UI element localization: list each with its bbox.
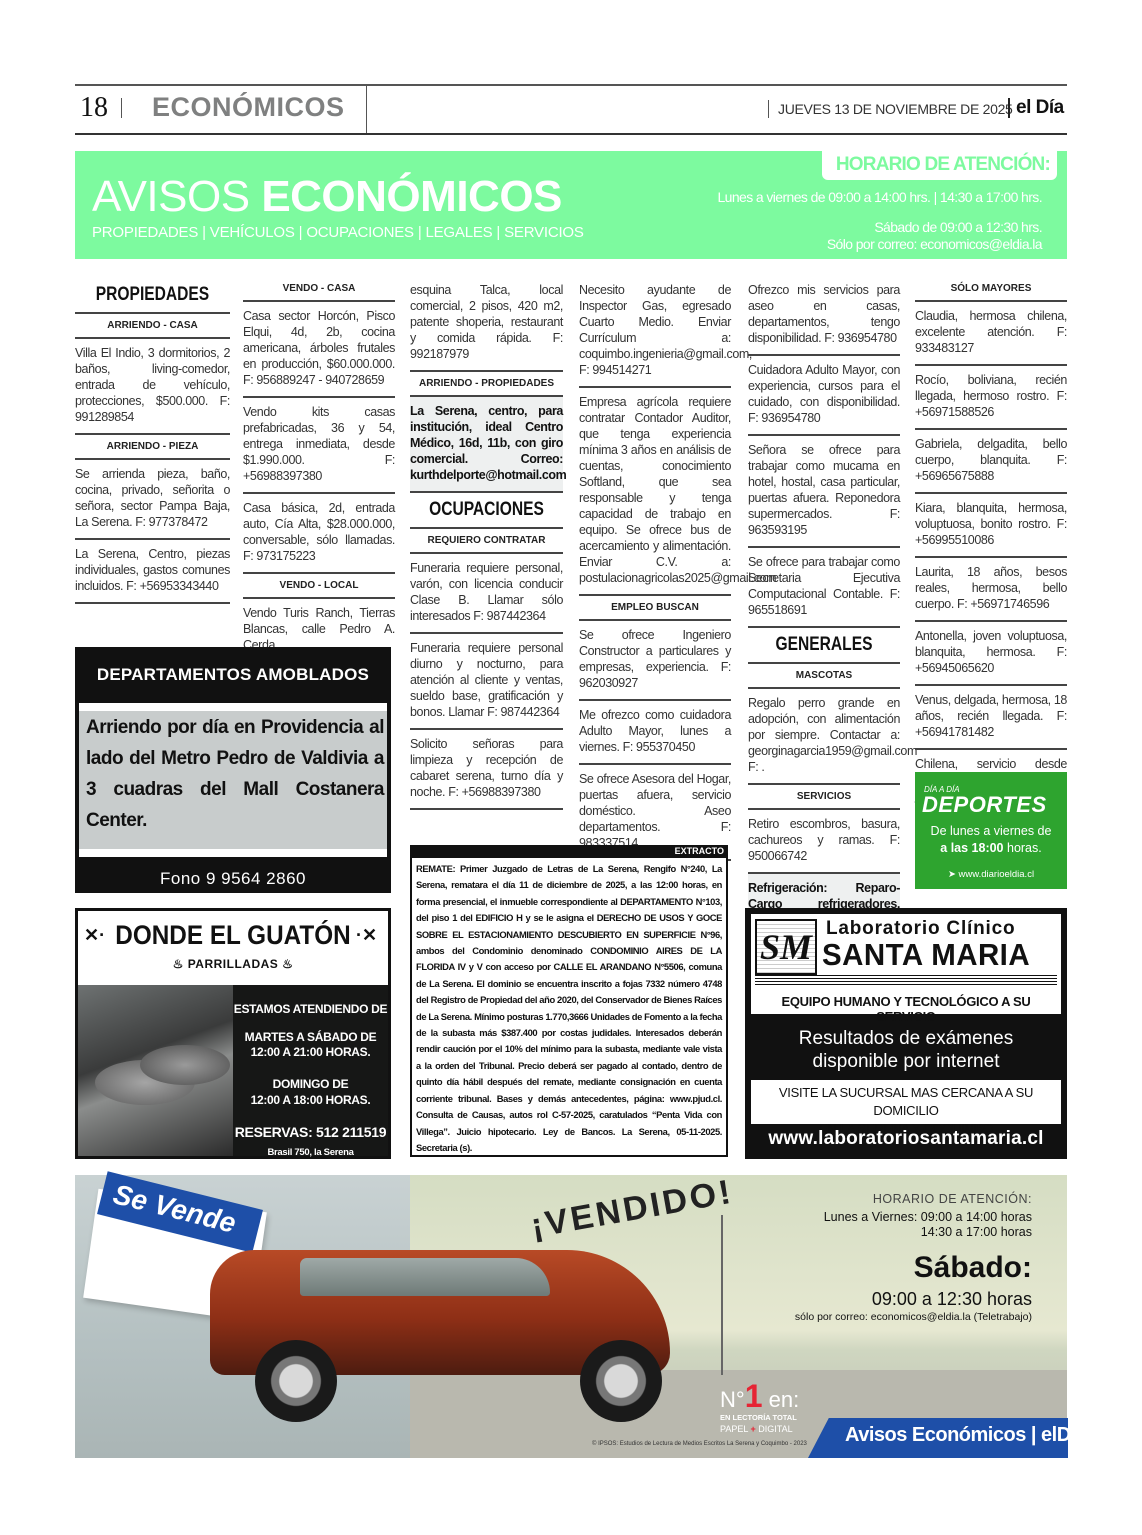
hours-weekday: Lunes a viernes de 09:00 a 14:00 hrs. | … bbox=[622, 189, 1042, 205]
banner-categories: PROPIEDADES | VEHÍCULOS | OCUPACIONES | … bbox=[92, 224, 584, 241]
deportes-title: DEPORTES bbox=[922, 792, 1047, 818]
column-ocupaciones: esquina Talca, local comercial, 2 pisos,… bbox=[410, 280, 563, 810]
classified-ad: Funeraria requiere personal diurno y noc… bbox=[410, 634, 563, 728]
classified-ad: Solicito señoras para limpieza y recepci… bbox=[410, 730, 563, 808]
column-generales: Ofrezco mis servicios para aseo en casas… bbox=[748, 280, 900, 986]
banner-weekday-1: Lunes a Viernes: 09:00 a 14:00 horas bbox=[780, 1210, 1032, 1224]
flame-icon: ♨ bbox=[278, 957, 293, 971]
column-propiedades: PROPIEDADES ARRIENDO - CASA Villa El Ind… bbox=[75, 278, 230, 604]
classified-ad: Necesito ayudante de Inspector Gas, egre… bbox=[579, 280, 731, 386]
section-heading: OCUPACIONES bbox=[424, 493, 549, 527]
guaton-line: ESTAMOS ATENDIENDO DE bbox=[233, 1002, 388, 1017]
banner-saturday: Sábado: bbox=[780, 1251, 1032, 1285]
laboratorio-logo: SM bbox=[755, 919, 817, 975]
section-heading: PROPIEDADES bbox=[89, 278, 216, 312]
guaton-line: 12:00 A 21:00 HORAS. bbox=[233, 1045, 388, 1060]
classified-ad: Me ofrezco como cuidadora Adulto Mayor, … bbox=[579, 701, 731, 763]
no1-line: EN LECTORÍA TOTAL bbox=[720, 1413, 797, 1422]
subsection-heading: REQUIERO CONTRATAR bbox=[410, 529, 563, 552]
newspaper-logo: el Día bbox=[1016, 97, 1064, 119]
guaton-line: DOMINGO DE bbox=[233, 1077, 388, 1092]
banner-title-light: AVISOS bbox=[92, 172, 261, 221]
column-solo-mayores: SÓLO MAYORES Claudia, hermosa chilena, e… bbox=[915, 277, 1067, 830]
no1-suffix: en: bbox=[762, 1387, 799, 1412]
ipsos-credit: © IPSOS: Estudios de Lectura de Medios E… bbox=[592, 1441, 807, 1447]
subsection-heading: ARRIENDO - PIEZA bbox=[75, 435, 230, 458]
hours-email: Sólo por correo: economicos@eldia.la bbox=[622, 236, 1042, 252]
flame-icon: ♨ bbox=[173, 957, 188, 971]
classified-ad-featured: La Serena, centro, para institución, ide… bbox=[410, 397, 563, 491]
laboratorio-tagline: EQUIPO HUMANO Y TECNOLÓGICO A SU SERVICI… bbox=[751, 994, 1061, 1024]
hours-saturday: Sábado de 09:00 a 12:30 hrs. bbox=[622, 219, 1042, 235]
header-top-rule bbox=[75, 84, 1067, 86]
subsection-heading: VENDO - LOCAL bbox=[243, 574, 395, 597]
classified-ad: Se ofrece Ingeniero Constructor a partic… bbox=[579, 621, 731, 699]
classified-ad: Laurita, 18 años, besos reales, hermosa,… bbox=[915, 558, 1067, 620]
laboratorio-results-line: Resultados de exámenes bbox=[745, 1027, 1067, 1050]
banner-title: AVISOS ECONÓMICOS bbox=[92, 172, 562, 222]
legal-notice-text: REMATE: Primer Juzgado de Letras de La S… bbox=[416, 861, 722, 1156]
guaton-address: Brasil 750, la Serena bbox=[233, 1145, 388, 1160]
subsection-heading: SÓLO MAYORES bbox=[915, 277, 1067, 300]
classified-ad: Cuidadora Adulto Mayor, con experiencia,… bbox=[748, 356, 900, 434]
guaton-subtitle: ♨ PARRILLADAS ♨ bbox=[75, 957, 391, 971]
subsection-heading: EMPLEO BUSCAN bbox=[579, 596, 731, 619]
street-lamp bbox=[721, 1215, 723, 1375]
classified-ad: Se ofrece para trabajar como Secretaria … bbox=[748, 548, 900, 626]
car-window bbox=[300, 1258, 550, 1296]
classified-ad: esquina Talca, local comercial, 2 pisos,… bbox=[410, 280, 563, 370]
avisos-logo: Avisos Económicos | elDía bbox=[845, 1424, 1086, 1447]
classified-ad: Empresa agrícola requiere contratar Cont… bbox=[579, 388, 731, 594]
amoblados-text: Arriendo por día en Providencia al lado … bbox=[86, 712, 384, 836]
laboratorio-results-line: disponible por internet bbox=[745, 1050, 1067, 1073]
laboratorio-visit-line: VISITE LA SUCURSAL MAS CERCANA A SU DOMI… bbox=[751, 1084, 1061, 1120]
hours-title: HORARIO DE ATENCIÓN: bbox=[830, 154, 1050, 176]
laboratorio-results: Resultados de exámenesdisponible por int… bbox=[745, 1027, 1067, 1073]
classified-ad: Ofrezco mis servicios para aseo en casas… bbox=[748, 280, 900, 354]
car-wheel bbox=[580, 1340, 662, 1422]
deportes-line-rest: horas. bbox=[1004, 841, 1042, 855]
decorative-stripes bbox=[755, 975, 1057, 987]
steak-image bbox=[140, 1045, 230, 1085]
divider bbox=[1008, 98, 1010, 118]
banner-weekday-2: 14:30 a 17:00 horas bbox=[780, 1225, 1032, 1239]
subsection-heading: SERVICIOS bbox=[748, 785, 900, 808]
car-wheel bbox=[255, 1340, 337, 1422]
guaton-subtitle-text: PARRILLADAS bbox=[188, 957, 279, 971]
amoblados-heading: DEPARTAMENTOS AMOBLADOS bbox=[75, 665, 391, 685]
subsection-heading: MASCOTAS bbox=[748, 664, 900, 687]
classified-ad: Antonella, joven voluptuosa, blanquita, … bbox=[915, 622, 1067, 684]
issue-date: JUEVES 13 DE NOVIEMBRE DE 2025 bbox=[778, 101, 1013, 117]
classified-ad: Villa El Indio, 3 dormitorios, 2 baños, … bbox=[75, 339, 230, 433]
classified-ad: Funeraria requiere personal, varón, con … bbox=[410, 554, 563, 632]
banner-email: sólo por correo: economicos@eldia.la (Te… bbox=[740, 1311, 1032, 1323]
laboratorio-url[interactable]: www.laboratoriosantamaria.cl bbox=[745, 1128, 1067, 1150]
no1-digital: DIGITAL bbox=[756, 1424, 793, 1434]
classified-ad: Se arrienda pieza, baño, cocina, privado… bbox=[75, 460, 230, 538]
deportes-line: De lunes a viernes de bbox=[915, 824, 1067, 838]
classified-ad: Rocío, boliviana, recién llegada, hermos… bbox=[915, 366, 1067, 428]
header-bottom-rule bbox=[75, 133, 1067, 135]
page-number: 18 bbox=[80, 92, 108, 124]
guaton-line: 12:00 A 18:00 HORAS. bbox=[233, 1093, 388, 1108]
classified-ad: Casa sector Horcón, Pisco Elqui, 4d, 2b,… bbox=[243, 302, 395, 396]
section-title: ECONÓMICOS bbox=[152, 92, 345, 123]
subsection-heading: ARRIENDO - CASA bbox=[75, 314, 230, 337]
guaton-reservas: RESERVAS: 512 211519 bbox=[233, 1125, 388, 1140]
column-vendo: VENDO - CASA Casa sector Horcón, Pisco E… bbox=[243, 277, 395, 661]
banner-title-bold: ECONÓMICOS bbox=[261, 172, 562, 221]
classified-ad: Regalo perro grande en adopción, con ali… bbox=[748, 689, 900, 783]
classified-ad: Kiara, blanquita, hermosa, voluptuosa, b… bbox=[915, 494, 1067, 556]
no1-line: PAPEL + DIGITAL bbox=[720, 1424, 793, 1434]
classified-ad: La Serena, Centro, piezas individuales, … bbox=[75, 540, 230, 602]
amoblados-phone: Fono 9 9564 2860 bbox=[75, 869, 391, 889]
cursor-icon: ➤ bbox=[948, 869, 959, 880]
deportes-time: a las 18:00 bbox=[940, 841, 1003, 855]
classified-ad: Casa básica, 2d, entrada auto, Cía Alta,… bbox=[243, 494, 395, 572]
deportes-url[interactable]: ➤ www.diarioeldia.cl bbox=[915, 869, 1067, 880]
classified-ad: Retiro escombros, basura, cachureos y ra… bbox=[748, 810, 900, 872]
deportes-url-text: www.diarioeldia.cl bbox=[959, 869, 1035, 880]
classified-ad: Gabriela, delgadita, bello cuerpo, blanq… bbox=[915, 430, 1067, 492]
divider bbox=[768, 100, 769, 118]
column-ocupaciones-2: Necesito ayudante de Inspector Gas, egre… bbox=[579, 280, 731, 861]
classified-ad: Claudia, hermosa chilena, excelente aten… bbox=[915, 302, 1067, 364]
no1-number: 1 bbox=[745, 1378, 763, 1414]
classified-ad: Señora se ofrece para trabajar como muca… bbox=[748, 436, 900, 546]
classified-ad: Venus, delgada, hermosa, 18 años, recién… bbox=[915, 686, 1067, 748]
laboratorio-name-2: SANTA MARIA bbox=[822, 937, 1030, 973]
guaton-line: MARTES A SÁBADO DE bbox=[233, 1030, 388, 1045]
subsection-heading: ARRIENDO - PROPIEDADES bbox=[410, 372, 563, 395]
divider bbox=[366, 85, 367, 133]
section-heading: GENERALES bbox=[762, 628, 887, 662]
no1-papel: PAPEL bbox=[720, 1424, 751, 1434]
divider bbox=[121, 98, 122, 118]
classified-ad: Vendo kits casas prefabricadas, 36 y 54,… bbox=[243, 398, 395, 492]
no1-badge: N°1 en: bbox=[720, 1378, 799, 1415]
banner-saturday-hours: 09:00 a 12:30 horas bbox=[780, 1289, 1032, 1310]
subsection-heading: VENDO - CASA bbox=[243, 277, 395, 300]
rule bbox=[410, 808, 563, 810]
legal-notice-label: EXTRACTO bbox=[410, 845, 728, 858]
banner-hours-title: HORARIO DE ATENCIÓN: bbox=[780, 1192, 1032, 1206]
deportes-line: a las 18:00 horas. bbox=[915, 841, 1067, 855]
no1-prefix: N° bbox=[720, 1387, 745, 1412]
guaton-title: DONDE EL GUATÓN bbox=[91, 920, 375, 951]
laboratorio-visit: VISITE LA SUCURSAL MAS CERCANA A SU DOMI… bbox=[751, 1080, 1061, 1124]
rule bbox=[75, 602, 230, 604]
